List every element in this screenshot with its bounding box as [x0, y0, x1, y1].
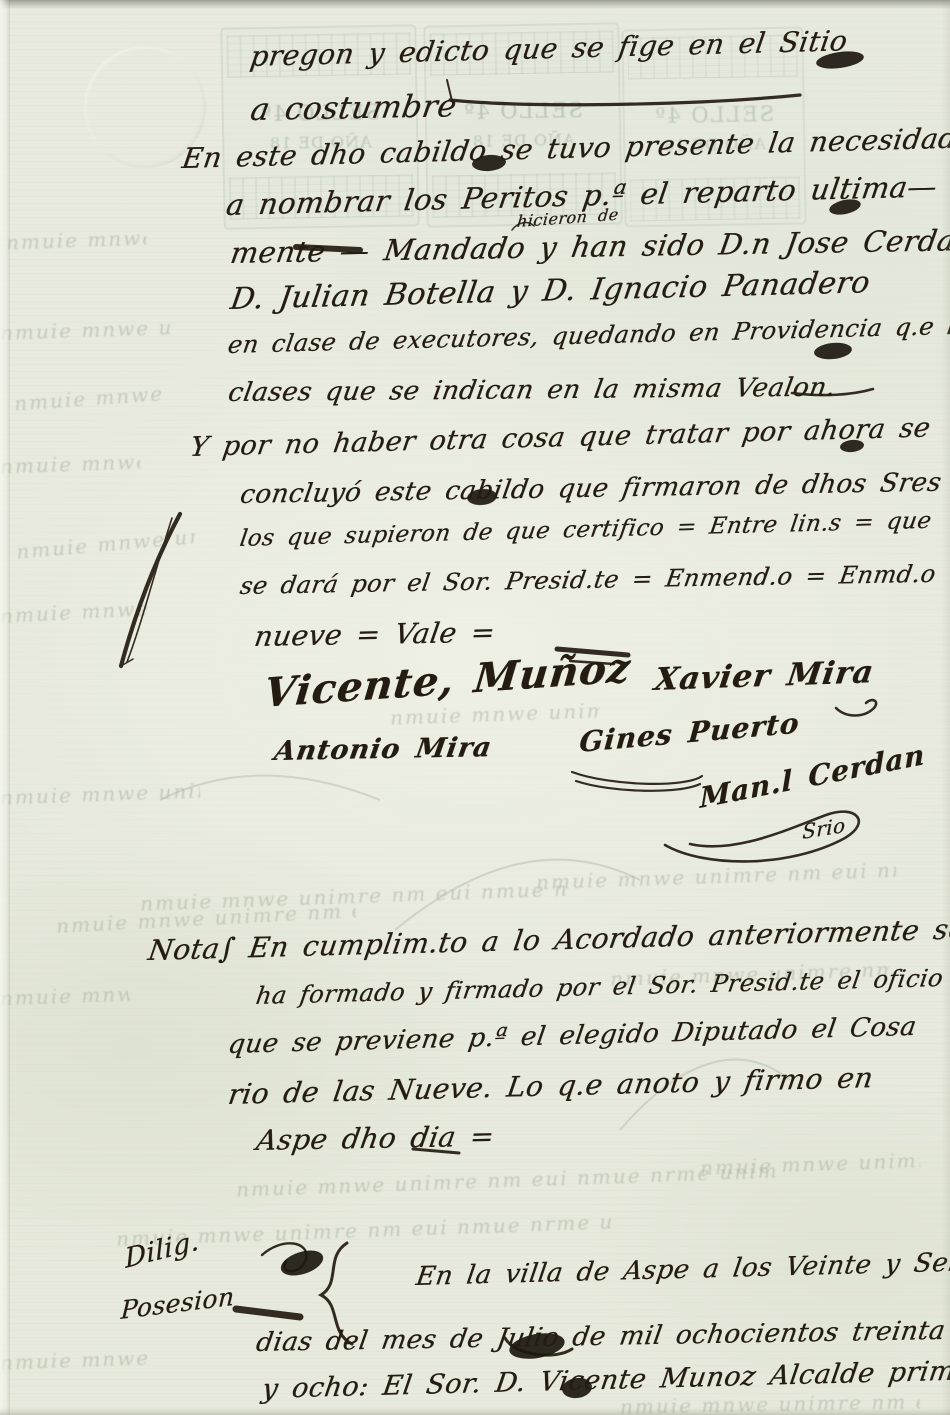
manuscript-page: { "decor": { "scribble": "nmuie mnwe uni…	[0, 0, 950, 1415]
paper-right-edge	[941, 0, 950, 1415]
signature-rubric	[572, 772, 702, 784]
manuscript-line: nueve = Vale =	[252, 616, 498, 653]
ghost-stroke	[395, 860, 640, 930]
manuscript-line: a costumbre	[248, 88, 459, 128]
ink-rule	[450, 95, 800, 105]
scan-top-edge	[0, 0, 950, 9]
ink-dash	[236, 1309, 300, 1317]
ghost-stroke	[160, 776, 380, 800]
ink-blob	[278, 1246, 327, 1281]
paper-bottom-edge	[0, 1408, 950, 1415]
signature-rubric	[836, 700, 876, 715]
signature-antonio-mira: Antonio Mira	[272, 732, 494, 767]
nota-line: Aspe dho dia =	[254, 1120, 497, 1157]
ink-blob	[813, 341, 852, 361]
paper-left-edge	[0, 0, 10, 1415]
margin-flourish	[127, 518, 172, 662]
manuscript-line: clases que se indican en la misma Vealon…	[226, 373, 838, 408]
